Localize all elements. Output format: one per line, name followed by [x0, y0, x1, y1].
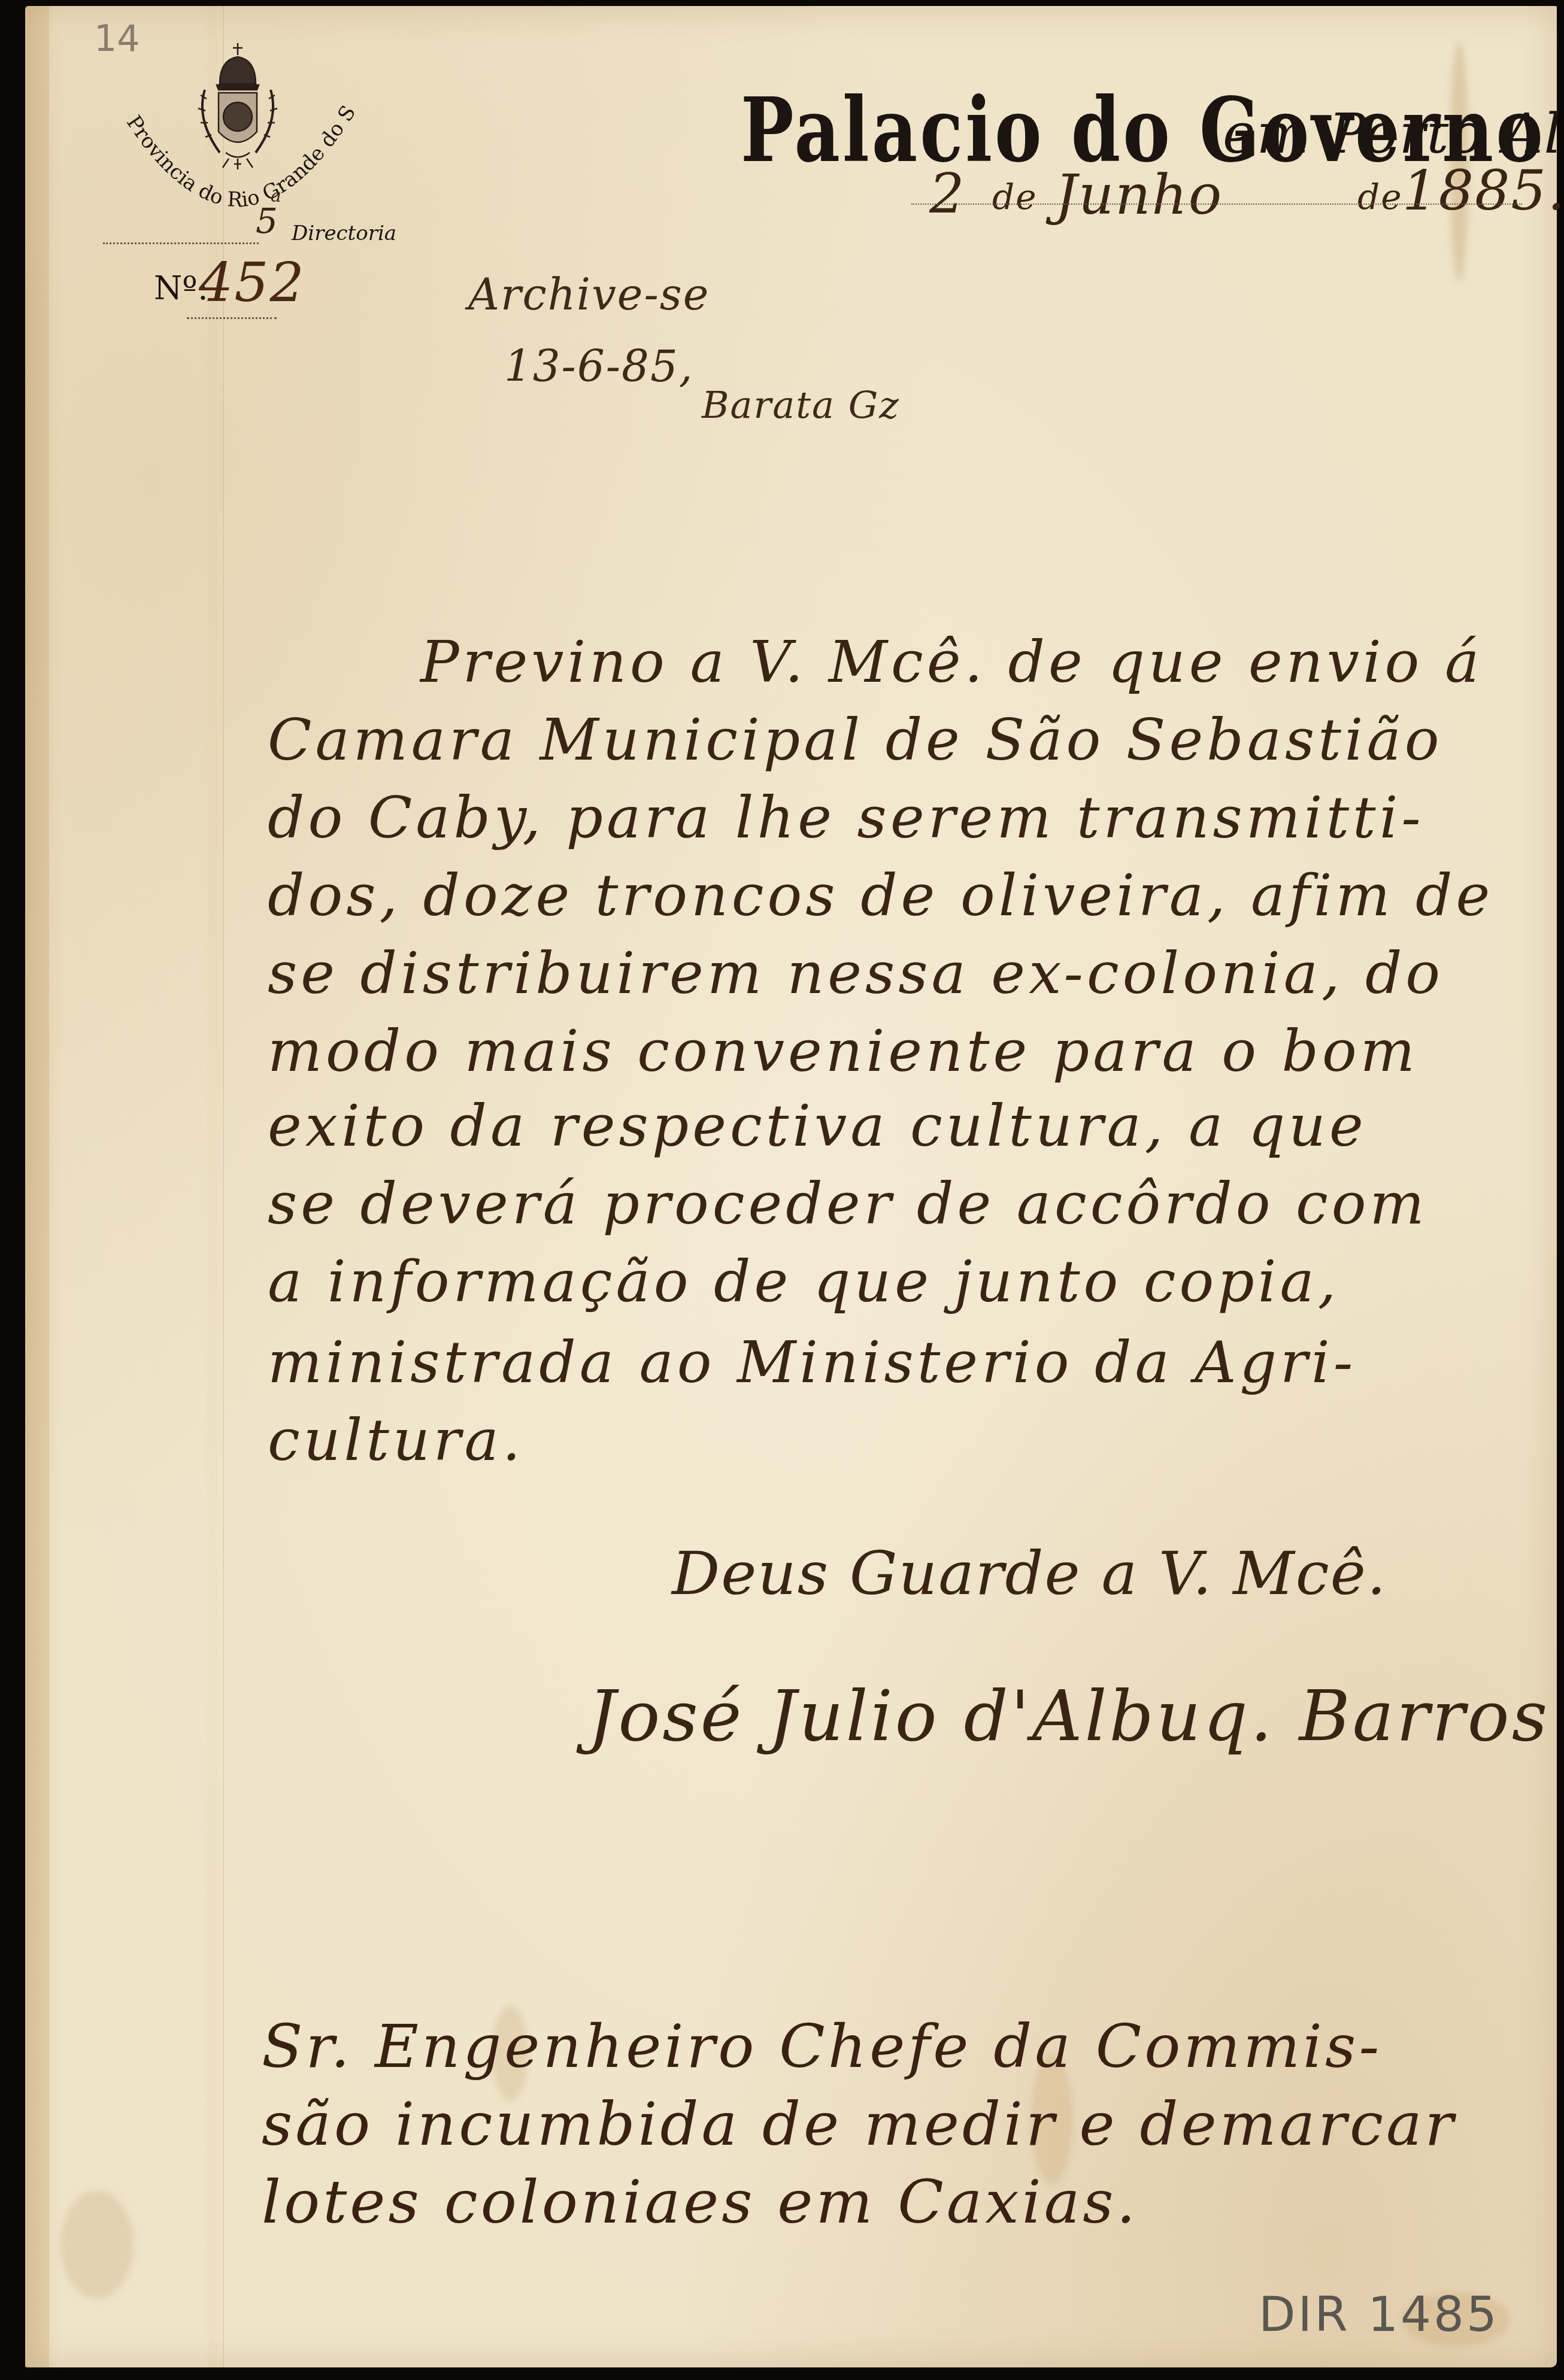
body-line: Previno a V. Mcê. de que envio á	[420, 629, 1483, 696]
directoria-dotted-line	[103, 242, 259, 244]
body-line: modo mais conveniente para o bom	[268, 1018, 1418, 1085]
archive-annotation: Archive-se	[468, 269, 710, 320]
archive-signature: Barata Gz	[702, 383, 900, 427]
body-line: ministrada ao Ministerio da Agri-	[268, 1329, 1356, 1396]
date-day: 2	[929, 162, 966, 226]
body-line: exito da respectiva cultura, a que	[268, 1092, 1367, 1159]
pencil-reference: DIR 1485	[1259, 2287, 1499, 2342]
body-line: se deverá proceder de accôrdo com	[268, 1170, 1428, 1237]
date-month: Junho	[1055, 163, 1223, 227]
body-line: dos, doze troncos de oliveira, afim de	[268, 862, 1493, 929]
body-line: do Caby, para lhe serem transmitti-	[268, 784, 1424, 851]
page-edge-strip	[25, 6, 49, 2367]
number-dotted-line	[187, 317, 277, 319]
date-dotted-line	[911, 204, 1522, 205]
date-de-2: de	[1357, 177, 1402, 217]
directoria-number: 5	[256, 201, 278, 241]
body-line: se distribuirem nessa ex-colonia, do	[268, 940, 1444, 1007]
closing-salutation: Deus Guarde a V. Mcê.	[672, 1538, 1387, 1608]
svg-text:Provincia do Rio Grande do Sul: Provincia do Rio Grande do Sul:	[103, 102, 360, 212]
folio-pencil-note: 14	[94, 18, 140, 60]
document-page: 14 Provincia do Rio Grande do Sul: a 5 D	[25, 6, 1557, 2367]
date-de-1: de	[992, 177, 1037, 217]
palace-city: em Porto Alegre,	[1223, 102, 1564, 166]
body-line: Camara Municipal de São Sebastião	[268, 706, 1443, 773]
stain	[61, 2191, 133, 2299]
signature: José Julio d'Albuq. Barros	[588, 1676, 1550, 1757]
body-line: a informação de que junto copia,	[268, 1248, 1339, 1315]
number-value: 452	[199, 251, 305, 314]
archive-date: 13-6-85,	[504, 341, 694, 391]
directoria-label: Directoria	[292, 221, 396, 245]
addressee-line: Sr. Engenheiro Chefe da Commis-	[262, 2011, 1382, 2081]
date-year: 1885.	[1402, 159, 1564, 223]
addressee-line: lotes coloniaes em Caxias.	[262, 2167, 1138, 2237]
fold-line	[223, 6, 224, 2367]
body-line: cultura.	[268, 1407, 524, 1474]
addressee-line: são incumbida de medir e demarcar	[262, 2089, 1456, 2159]
